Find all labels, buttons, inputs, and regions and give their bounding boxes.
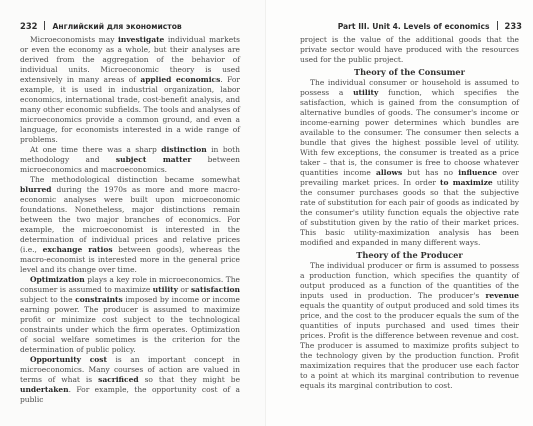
text-run: but has no	[402, 168, 458, 177]
left-page: 232Английский для экономистов Microecono…	[0, 0, 268, 426]
key-term: exchange ratios	[43, 245, 113, 254]
text-run: The methodological distinction became so…	[30, 175, 240, 184]
key-term: subject matter	[116, 155, 191, 164]
text-run: project is the value of the additional g…	[300, 35, 519, 64]
section-heading: Theory of the Producer	[300, 250, 519, 260]
right-page-body: project is the value of the additional g…	[300, 35, 519, 391]
key-term: revenue	[485, 291, 519, 300]
text-run: At one time there was a sharp	[30, 145, 161, 154]
text-run: or	[178, 285, 191, 294]
key-term: sacrificed	[98, 375, 139, 384]
key-term: satisfaction	[191, 285, 240, 294]
key-term: Optimization	[30, 275, 85, 284]
paragraph: The individual producer or firm is assum…	[300, 261, 519, 391]
text-run: . For example, it is used in industrial …	[20, 75, 240, 144]
key-term: to maximize	[440, 178, 493, 187]
key-term: constraints	[75, 295, 123, 304]
paragraph: project is the value of the additional g…	[300, 35, 519, 65]
text-run: subject to the	[20, 295, 75, 304]
key-term: allows	[376, 168, 402, 177]
paragraph: Opportunity cost is an important concept…	[20, 355, 240, 405]
page-number-left: 232	[20, 21, 37, 31]
paragraph: At one time there was a sharp distinctio…	[20, 145, 240, 175]
key-term: distinction	[161, 145, 206, 154]
paragraph: Microeconomists may investigate individu…	[20, 35, 240, 145]
paragraph: The individual consumer or household is …	[300, 78, 519, 248]
running-head-right: Part III. Unit 4. Levels of economics	[338, 22, 490, 31]
key-term: influence	[458, 168, 497, 177]
text-run: so that they might be	[139, 375, 240, 384]
text-run: function, which specifies the satisfacti…	[300, 88, 519, 177]
key-term: utility	[353, 88, 378, 97]
text-run: utility the consumer purchases goods so …	[300, 178, 519, 247]
left-page-body: Microeconomists may investigate individu…	[20, 35, 240, 405]
header-divider	[497, 21, 498, 30]
right-page-header: Part III. Unit 4. Levels of economics233	[338, 21, 522, 31]
key-term: Opportunity cost	[30, 355, 107, 364]
text-run: Microeconomists may	[30, 35, 118, 44]
paragraph: The methodological distinction became so…	[20, 175, 240, 275]
text-run: during the 1970s as more and more macro-…	[20, 185, 240, 254]
key-term: undertaken	[20, 385, 69, 394]
key-term: investigate	[118, 35, 164, 44]
running-head-left: Английский для экономистов	[52, 22, 181, 31]
key-term: applied economics	[140, 75, 220, 84]
left-page-header: 232Английский для экономистов	[20, 21, 182, 31]
paragraph: Optimization plays a key role in microec…	[20, 275, 240, 355]
right-page: Part III. Unit 4. Levels of economics233…	[266, 0, 533, 426]
page-number-right: 233	[505, 21, 522, 31]
section-heading: Theory of the Consumer	[300, 67, 519, 77]
text-run: equals the quantity of output produced a…	[300, 301, 519, 390]
key-term: utility	[153, 285, 178, 294]
key-term: blurred	[20, 185, 51, 194]
header-divider	[44, 21, 45, 30]
